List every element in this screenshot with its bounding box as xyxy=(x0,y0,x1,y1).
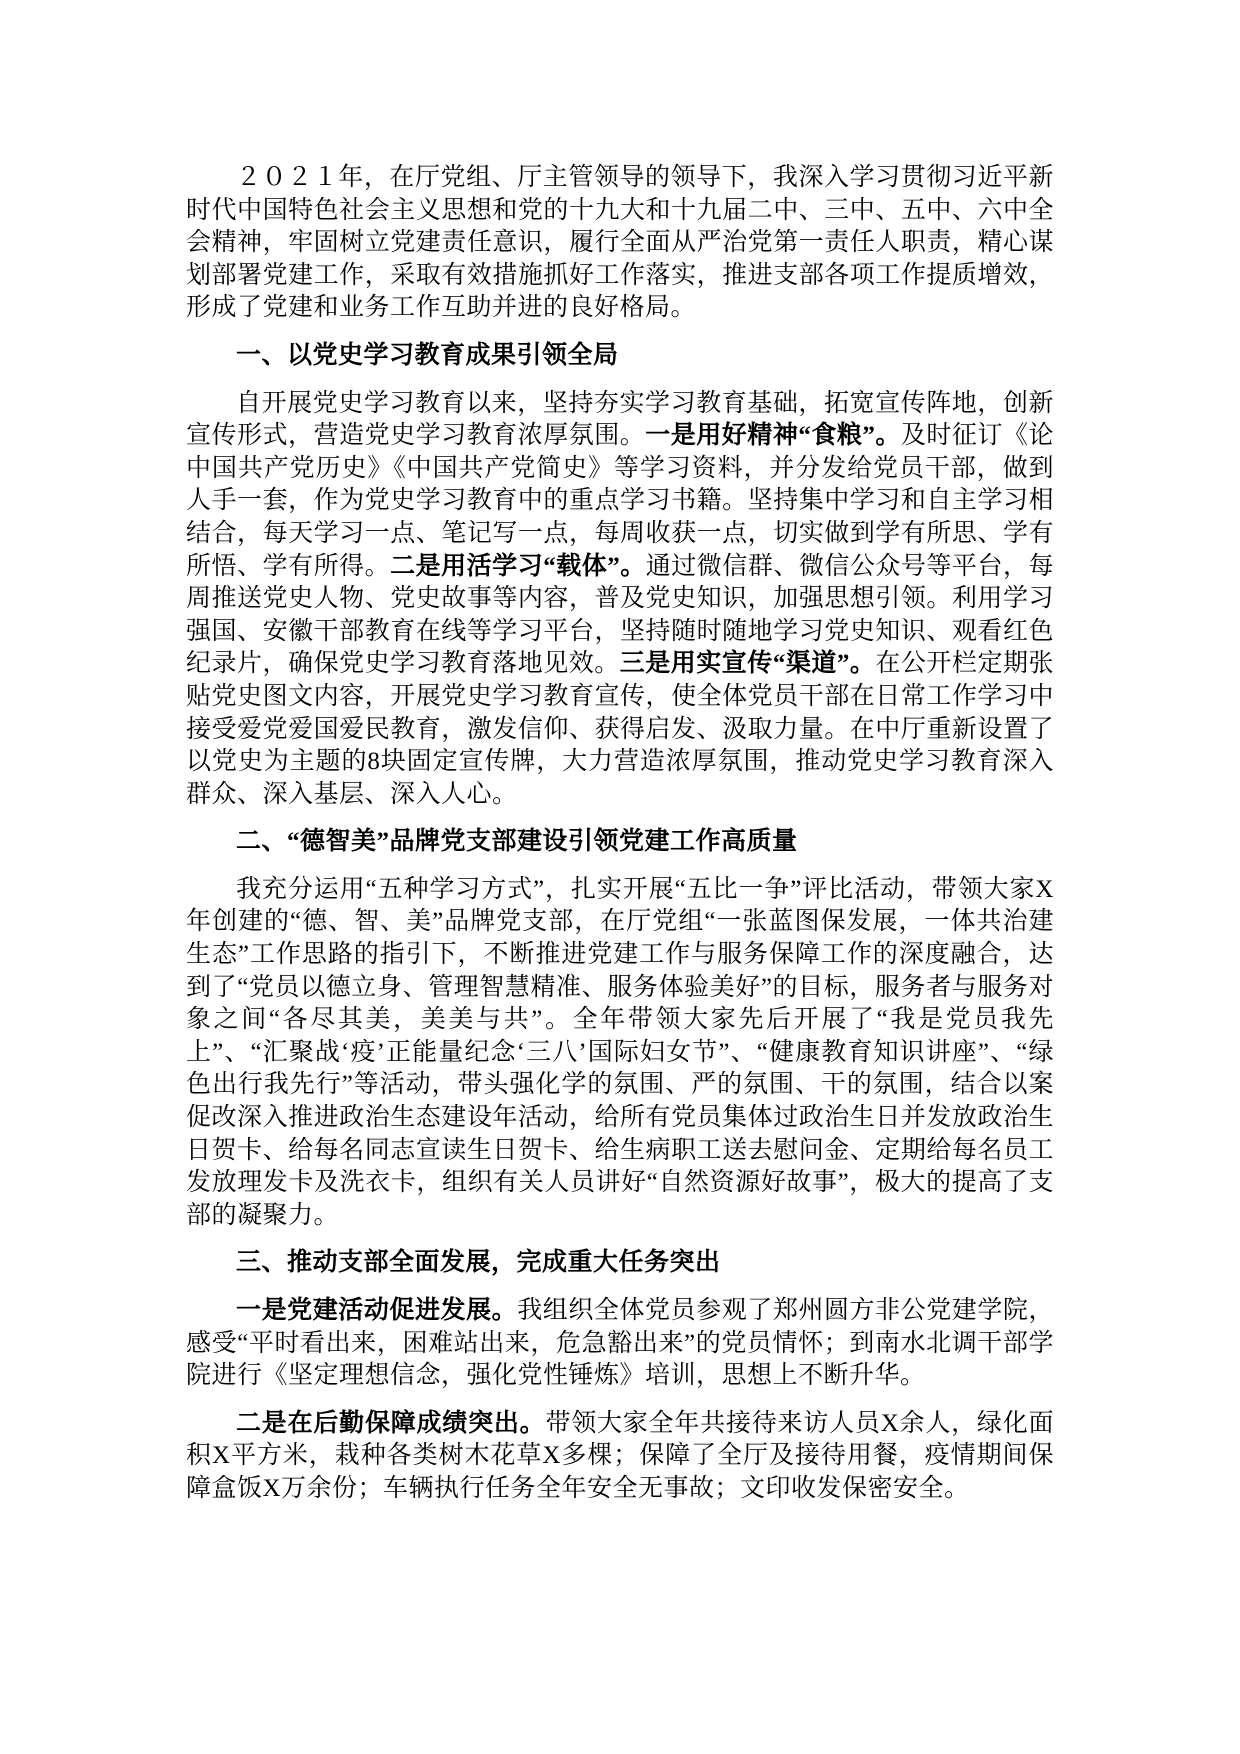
section-3-paragraph-1: 一是党建活动促进发展。我组织全体党员参观了郑州圆方非公党建学院，感受“平时看出来… xyxy=(186,1295,1054,1393)
inline-subheading-1: 一是用好精神“食粮”。 xyxy=(645,422,901,449)
section-1-heading-text: 一、以党史学习教育成果引领全局 xyxy=(236,342,619,369)
section-2-paragraph-text: 我充分运用“五种学习方式”，扎实开展“五比一争”评比活动，带领大家X年创建的“德… xyxy=(186,876,1054,1229)
inline-subheading-3: 三是用实宣传“渠道”。 xyxy=(620,650,876,677)
section-1-heading: 一、以党史学习教育成果引领全局 xyxy=(186,340,1054,373)
document-page: ２０２１年，在厅党组、厅主管领导的领导下，我深入学习贯彻习近平新时代中国特色社会… xyxy=(0,0,1240,1754)
intro-paragraph: ２０２１年，在厅党组、厅主管领导的领导下，我深入学习贯彻习近平新时代中国特色社会… xyxy=(186,162,1054,325)
section-2-heading: 二、“德智美”品牌党支部建设引领党建工作高质量 xyxy=(186,826,1054,859)
inline-subheading-4: 一是党建活动促进发展。 xyxy=(236,1297,517,1324)
inline-subheading-2: 二是用活学习“载体”。 xyxy=(390,553,646,580)
section-1-paragraph: 自开展党史学习教育以来，坚持夯实学习教育基础，拓宽宣传阵地，创新宣传形式，营造党… xyxy=(186,388,1054,812)
section-3-heading-text: 三、推动支部全面发展，完成重大任务突出 xyxy=(236,1249,721,1276)
section-3-heading: 三、推动支部全面发展，完成重大任务突出 xyxy=(186,1247,1054,1280)
section-2-heading-text: 二、“德智美”品牌党支部建设引领党建工作高质量 xyxy=(236,828,798,855)
section-3-paragraph-2: 二是在后勤保障成绩突出。带领大家全年共接待来访人员X余人，绿化面积X平方米，栽种… xyxy=(186,1408,1054,1506)
inline-subheading-5: 二是在后勤保障成绩突出。 xyxy=(236,1410,545,1437)
section-2-paragraph: 我充分运用“五种学习方式”，扎实开展“五比一争”评比活动，带领大家X年创建的“德… xyxy=(186,874,1054,1233)
intro-paragraph-text: ２０２１年，在厅党组、厅主管领导的领导下，我深入学习贯彻习近平新时代中国特色社会… xyxy=(186,164,1054,321)
document-body: ２０２１年，在厅党组、厅主管领导的领导下，我深入学习贯彻习近平新时代中国特色社会… xyxy=(186,162,1054,1506)
